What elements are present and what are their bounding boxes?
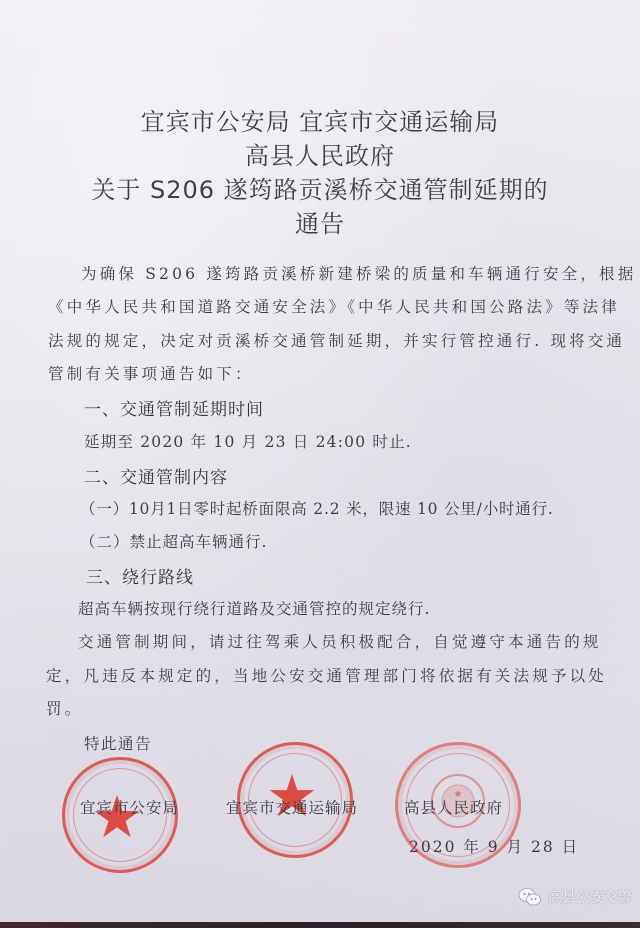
signatory-3: 高县人民政府: [404, 796, 503, 818]
photo-bottom-edge: [0, 922, 640, 928]
closing-line-2: 定，凡违反本规定的，当地公安交通管理部门将依据有关法规予以处: [46, 664, 607, 686]
notice-title-suffix: 通告: [0, 204, 640, 239]
issuer-line: 宜宾市公安局 宜宾市交通运输局: [0, 102, 640, 137]
intro-line-3: 法规的规定，决定对贡溪桥交通管制延期，并实行管控通行. 现将交通: [48, 329, 625, 351]
closing-line-1: 交通管制期间，请过往驾乘人员积极配合，自觉遵守本通告的规: [78, 630, 602, 652]
section-heading-1: 一、交通管制延期时间: [84, 395, 264, 420]
signatory-2: 宜宾市交通运输局: [226, 796, 358, 818]
closing-line-3: 罚。: [46, 697, 83, 719]
section-1-line-1: 延期至 2020 年 10 月 23 日 24:00 时止.: [84, 430, 412, 452]
section-heading-3: 三、绕行路线: [86, 563, 194, 588]
signatory-1: 宜宾市公安局: [80, 796, 179, 818]
section-2-line-2: （二）禁止超高车辆通行.: [80, 530, 267, 552]
watermark-label: 高县公安交警: [548, 887, 632, 907]
section-3-line-1: 超高车辆按现行绕行道路及交通管控的规定绕行.: [78, 597, 430, 619]
source-watermark: 高县公安交警: [518, 887, 632, 907]
intro-line-2: 《中华人民共和国道路交通安全法》《中华人民共和国公路法》等法律: [48, 295, 620, 317]
sign-off: 特此通告: [84, 732, 152, 754]
wechat-icon: [518, 887, 542, 907]
document-date: 2020 年 9 月 28 日: [409, 835, 579, 857]
section-heading-2: 二、交通管制内容: [84, 463, 228, 488]
section-2-line-1: （一）10月1日零时起桥面限高 2.2 米，限速 10 公里/小时通行.: [80, 497, 554, 519]
issuer-line-2: 高县人民政府: [0, 136, 640, 171]
intro-line-1: 为确保 S206 遂筠路贡溪桥新建桥梁的质量和车辆通行安全，根据: [81, 262, 636, 284]
notice-title: 关于 S206 遂筠路贡溪桥交通管制延期的: [0, 170, 640, 205]
intro-line-4: 管制有关事项通告如下：: [48, 362, 254, 384]
